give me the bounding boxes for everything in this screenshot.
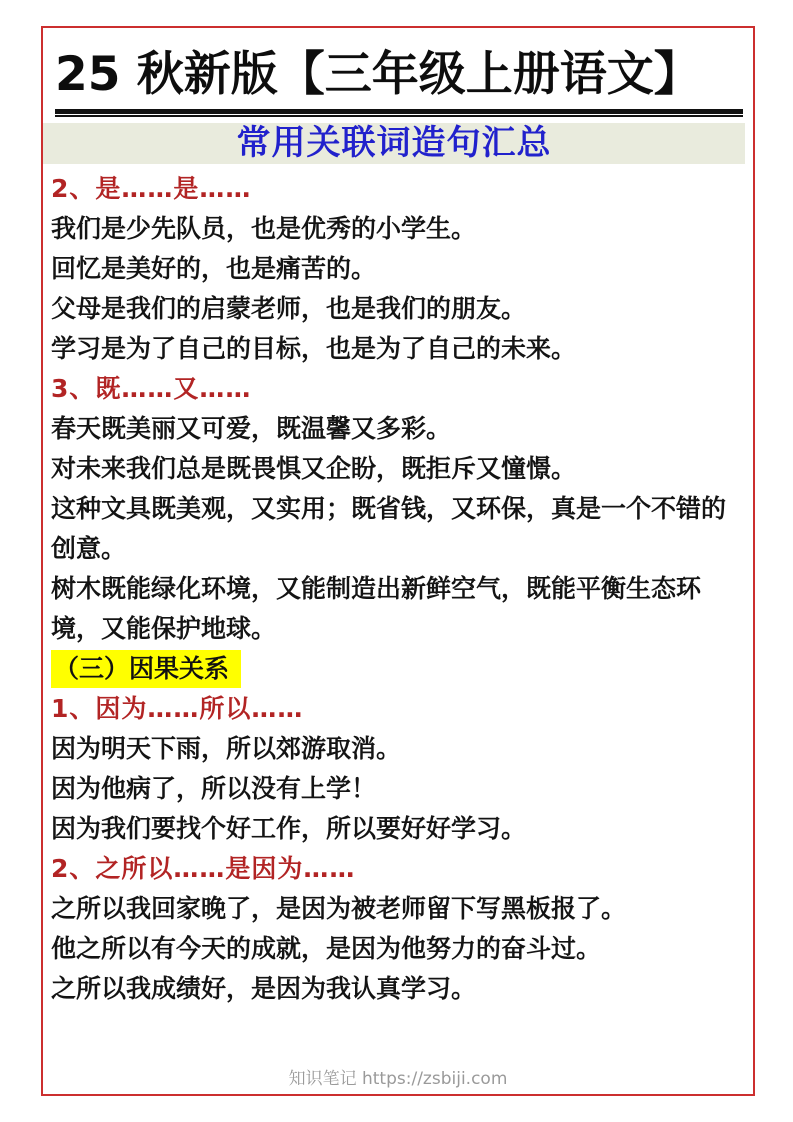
example-sentence: 学习是为了自己的目标，也是为了自己的未来。 xyxy=(51,329,750,369)
pattern-heading: 1、因为……所以…… xyxy=(51,689,750,729)
page-frame: 25 秋新版【三年级上册语文】 常用关联词造句汇总 2、是……是…… 我们是少先… xyxy=(41,26,755,1096)
section-heading-highlight: （三）因果关系 xyxy=(51,650,241,688)
subtitle-band: 常用关联词造句汇总 xyxy=(43,123,745,164)
example-sentence: 春天既美丽又可爱，既温馨又多彩。 xyxy=(51,409,750,449)
pattern-heading: 3、既……又…… xyxy=(51,369,750,409)
example-sentence: 因为明天下雨，所以郊游取消。 xyxy=(51,729,750,769)
pattern-heading: 2、是……是…… xyxy=(51,169,750,209)
doc-title: 25 秋新版【三年级上册语文】 xyxy=(55,48,743,114)
example-sentence: 他之所以有今天的成就，是因为他努力的奋斗过。 xyxy=(51,929,750,969)
example-sentence: 对未来我们总是既畏惧又企盼，既拒斥又憧憬。 xyxy=(51,449,750,489)
example-sentence: 回忆是美好的，也是痛苦的。 xyxy=(51,249,750,289)
example-sentence: 父母是我们的启蒙老师，也是我们的朋友。 xyxy=(51,289,750,329)
example-sentence: 树木既能绿化环境，又能制造出新鲜空气，既能平衡生态环境，又能保护地球。 xyxy=(51,569,750,649)
example-sentence: 之所以我回家晚了，是因为被老师留下写黑板报了。 xyxy=(51,889,750,929)
doc-subtitle: 常用关联词造句汇总 xyxy=(237,123,552,163)
example-sentence: 这种文具既美观，又实用；既省钱，又环保，真是一个不错的创意。 xyxy=(51,489,750,569)
example-sentence: 之所以我成绩好，是因为我认真学习。 xyxy=(51,969,750,1009)
footer-credit: 知识笔记 https://zsbiji.com xyxy=(43,1064,753,1089)
section-heading-row: （三）因果关系 xyxy=(51,649,750,689)
example-sentence: 因为我们要找个好工作，所以要好好学习。 xyxy=(51,809,750,849)
example-sentence: 因为他病了，所以没有上学！ xyxy=(51,769,750,809)
pattern-heading: 2、之所以……是因为…… xyxy=(51,849,750,889)
content-area: 2、是……是…… 我们是少先队员，也是优秀的小学生。 回忆是美好的，也是痛苦的。… xyxy=(51,169,750,1009)
example-sentence: 我们是少先队员，也是优秀的小学生。 xyxy=(51,209,750,249)
